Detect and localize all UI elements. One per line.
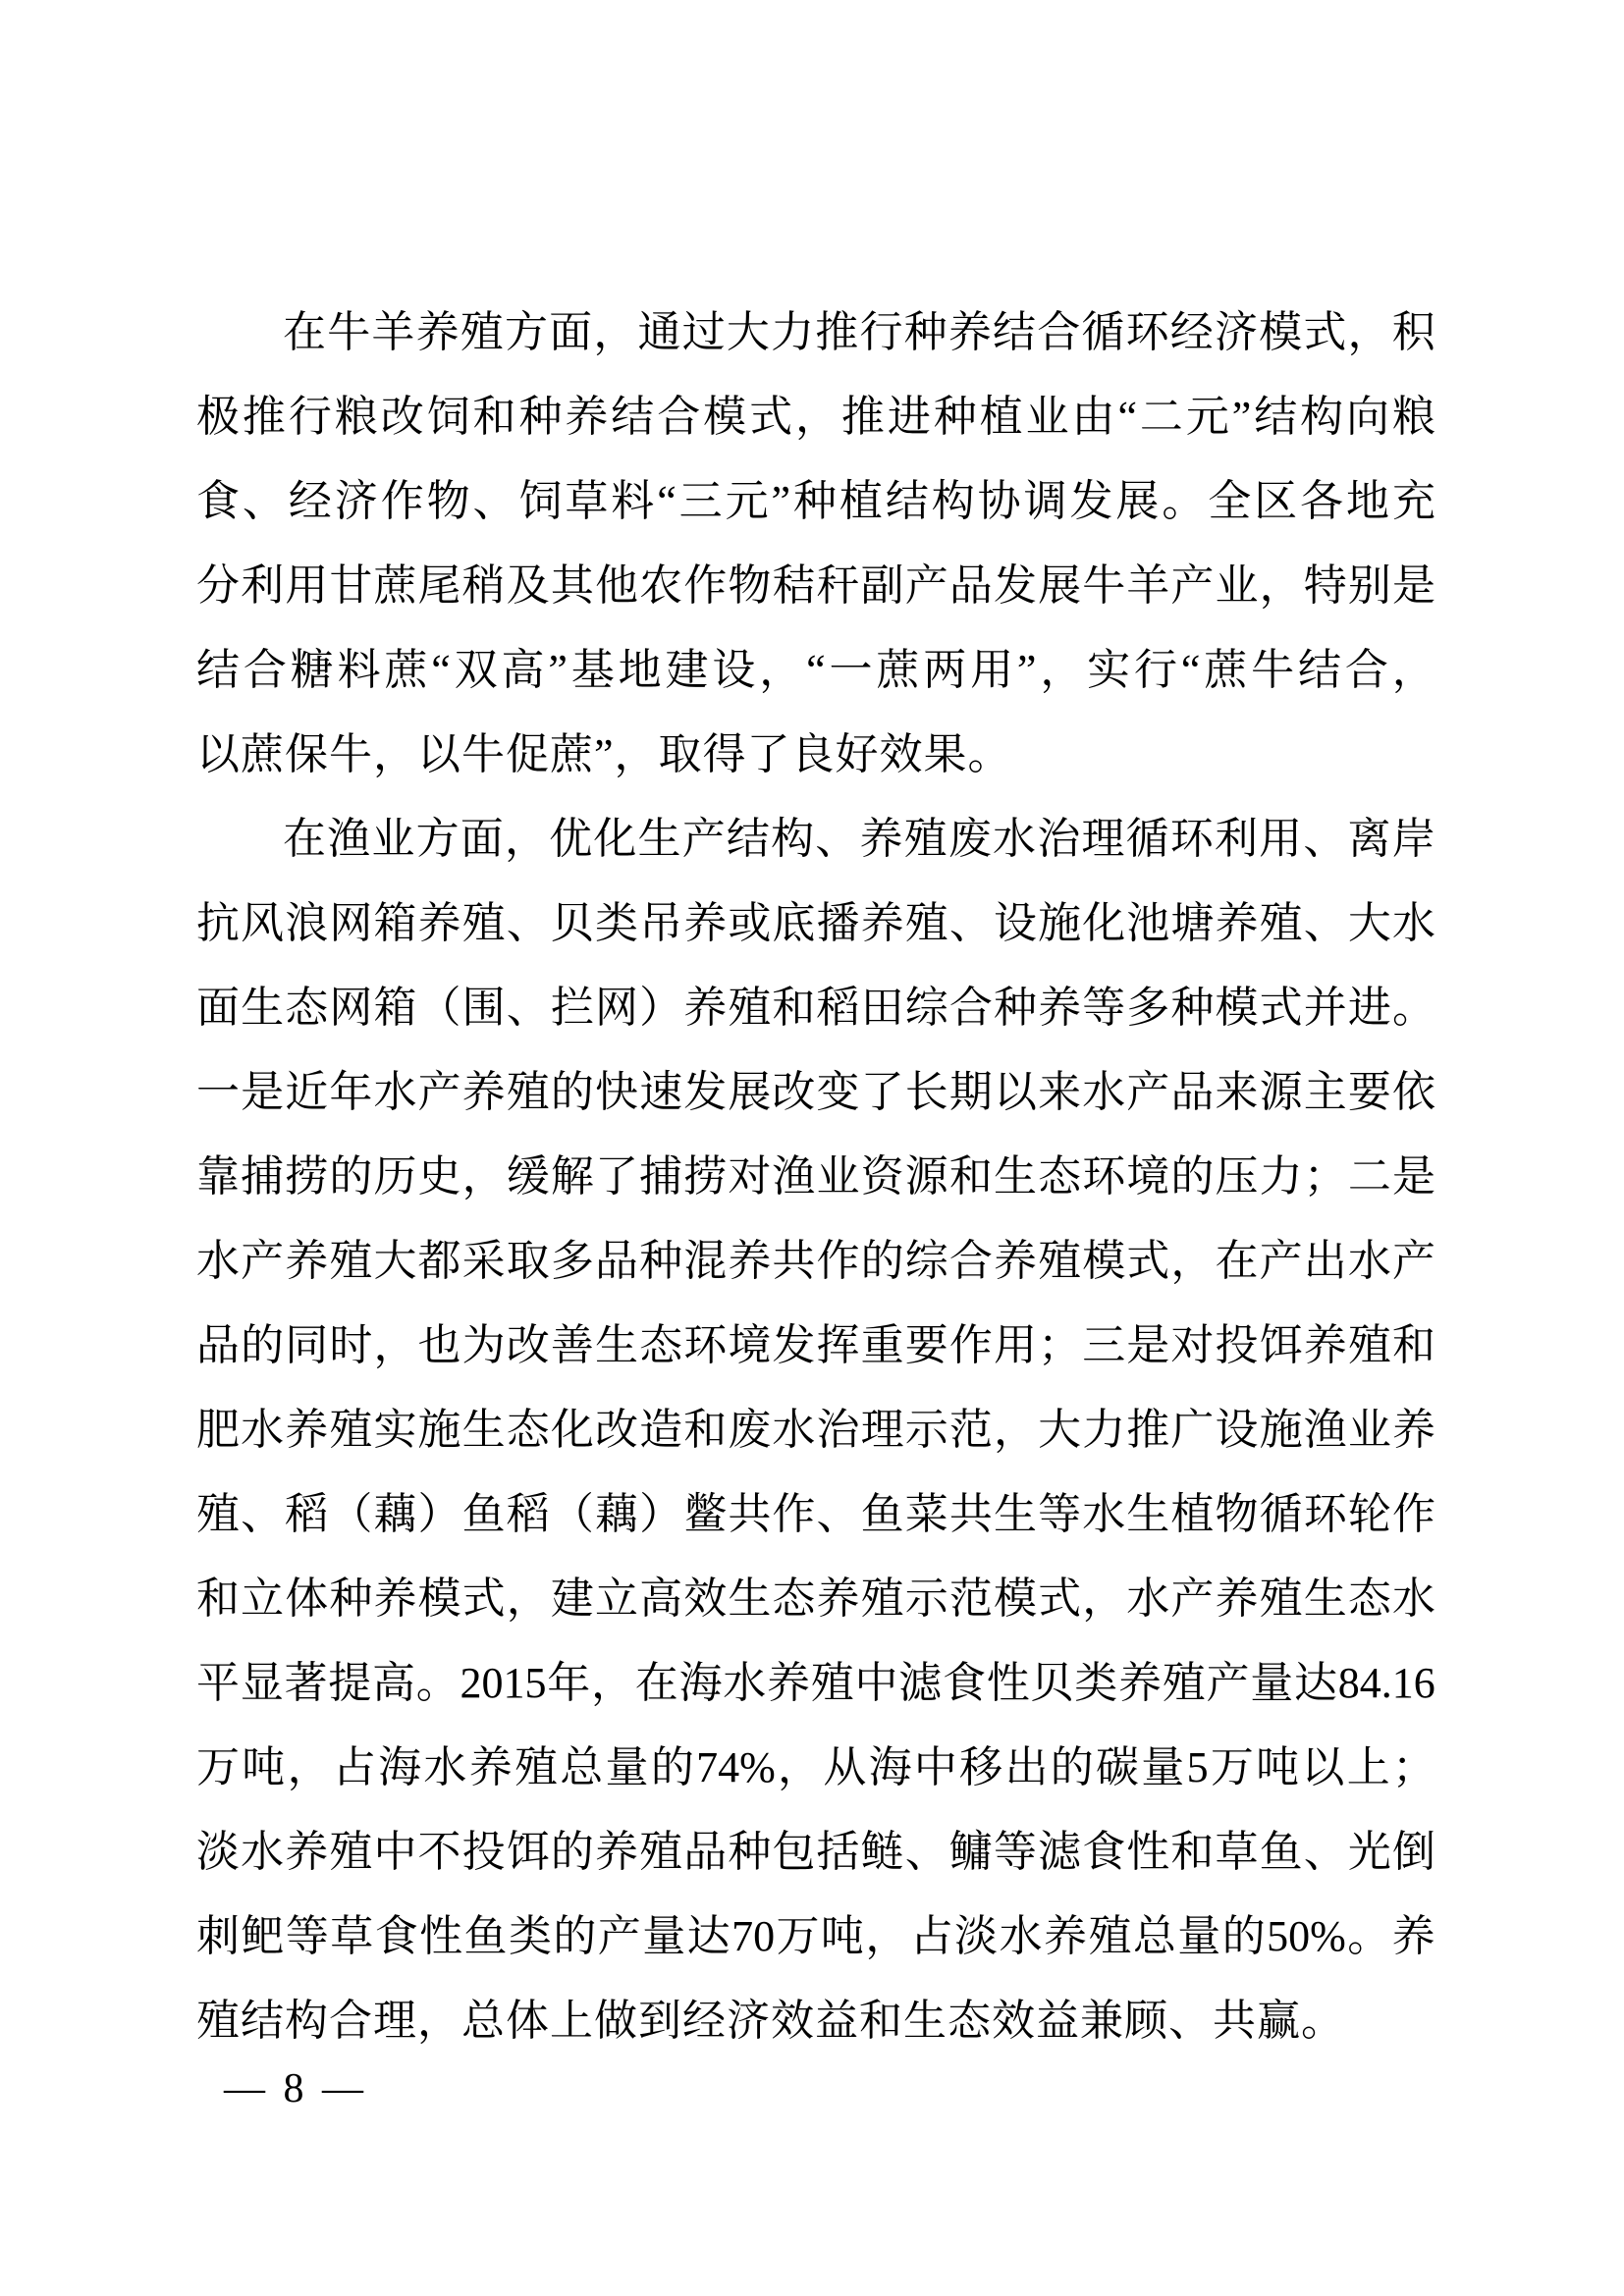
text-line: 平显著提高。2015年，在海水养殖中滤食性贝类养殖产量达84.16: [196, 1641, 1435, 1726]
document-page: 在牛羊养殖方面，通过大力推行种养结合循环经济模式，积极推行粮改饲和种养结合模式，…: [0, 0, 1624, 2296]
text-line: 食、经济作物、饲草料“三元”种植结构协调发展。全区各地充: [196, 459, 1435, 544]
text-line: 在牛羊养殖方面，通过大力推行种养结合循环经济模式，积: [196, 291, 1435, 375]
text-line: 淡水养殖中不投饵的养殖品种包括鲢、鳙等滤食性和草鱼、光倒: [196, 1810, 1435, 1895]
text-line: 殖、稻（藕）鱼稻（藕）鳖共作、鱼菜共生等水生植物循环轮作: [196, 1472, 1435, 1557]
text-line: 万吨，占海水养殖总量的74%，从海中移出的碳量5万吨以上；: [196, 1726, 1435, 1810]
text-line: 抗风浪网箱养殖、贝类吊养或底播养殖、设施化池塘养殖、大水: [196, 881, 1435, 966]
text-line: 面生态网箱（围、拦网）养殖和稻田综合种养等多种模式并进。: [196, 966, 1435, 1050]
text-line: 水产养殖大都采取多品种混养共作的综合养殖模式，在产出水产: [196, 1219, 1435, 1304]
text-line: 以蔗保牛，以牛促蔗”，取得了良好效果。: [196, 713, 1435, 797]
text-line: 一是近年水产养殖的快速发展改变了长期以来水产品来源主要依: [196, 1050, 1435, 1135]
document-body: 在牛羊养殖方面，通过大力推行种养结合循环经济模式，积极推行粮改饲和种养结合模式，…: [196, 291, 1435, 2063]
text-line: 殖结构合理，总体上做到经济效益和生态效益兼顾、共赢。: [196, 1979, 1435, 2063]
text-line: 肥水养殖实施生态化改造和废水治理示范，大力推广设施渔业养: [196, 1388, 1435, 1472]
text-line: 和立体种养模式，建立高效生态养殖示范模式，水产养殖生态水: [196, 1557, 1435, 1641]
text-line: 刺鲃等草食性鱼类的产量达70万吨，占淡水养殖总量的50%。养: [196, 1895, 1435, 1979]
text-line: 结合糖料蔗“双高”基地建设，“一蔗两用”，实行“蔗牛结合，: [196, 628, 1435, 713]
text-line: 极推行粮改饲和种养结合模式，推进种植业由“二元”结构向粮: [196, 375, 1435, 459]
text-line: 分利用甘蔗尾稍及其他农作物秸秆副产品发展牛羊产业，特别是: [196, 544, 1435, 628]
text-line: 品的同时，也为改善生态环境发挥重要作用；三是对投饵养殖和: [196, 1304, 1435, 1388]
text-line: 在渔业方面，优化生产结构、养殖废水治理循环利用、离岸: [196, 797, 1435, 881]
text-line: 靠捕捞的历史，缓解了捕捞对渔业资源和生态环境的压力；二是: [196, 1135, 1435, 1219]
page-number: — 8 —: [224, 2059, 367, 2118]
